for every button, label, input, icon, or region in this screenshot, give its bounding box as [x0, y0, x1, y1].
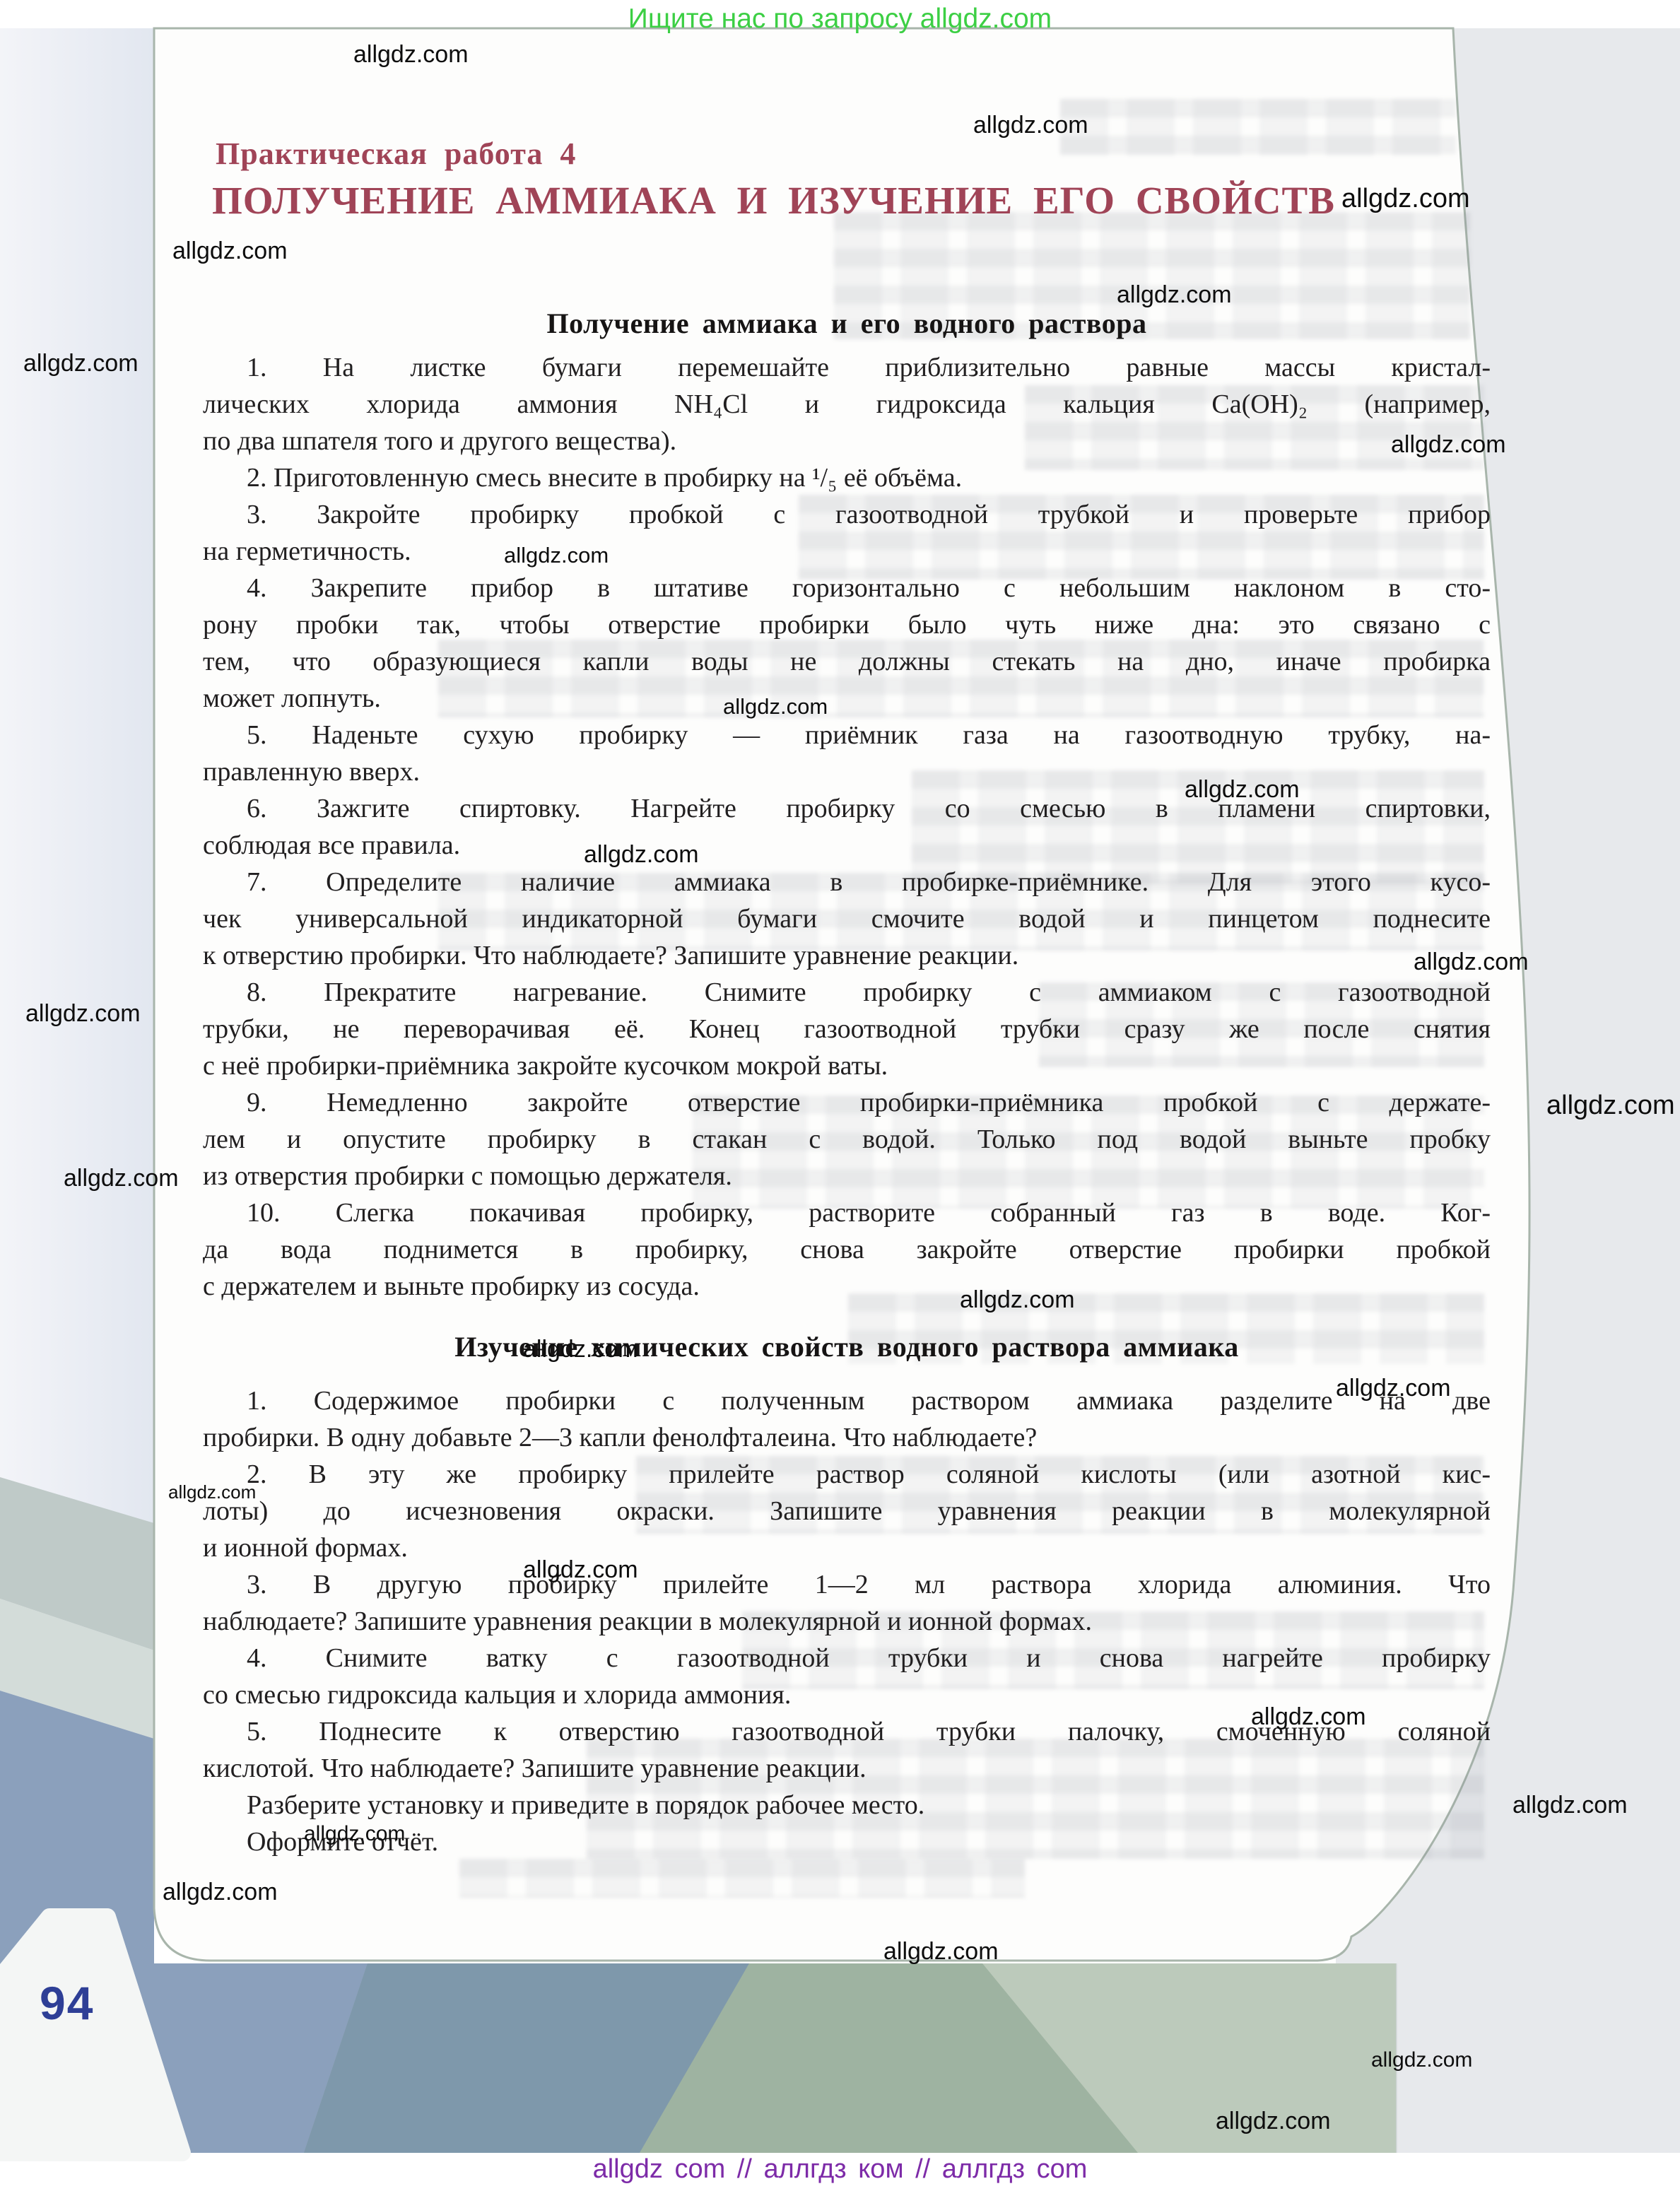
text-line: пробирки. В одну добавьте 2—3 капли фено…	[203, 1419, 1491, 1456]
text-line: трубки, не переворачивая её. Конец газоо…	[203, 1011, 1491, 1047]
paragraph: 8. Прекратите нагревание. Снимите пробир…	[203, 974, 1491, 1084]
paragraph: 3. В другую пробирку прилейте 1—2 мл рас…	[203, 1566, 1491, 1640]
text-line: тем, что образующиеся капли воды не долж…	[203, 643, 1491, 680]
paragraph: 1. Содержимое пробирки с полученным раст…	[203, 1382, 1491, 1456]
text-line: правленную вверх.	[203, 753, 1491, 790]
text-line: из отверстия пробирки с помощью держател…	[203, 1158, 1491, 1194]
paragraph: 10. Слегка покачивая пробирку, растворит…	[203, 1194, 1491, 1305]
paragraph: 5. Поднесите к отверстию газоотводной тр…	[203, 1713, 1491, 1787]
text-line: с держателем и выньте пробирку из сосуда…	[203, 1268, 1491, 1305]
text-line: 10. Слегка покачивая пробирку, растворит…	[203, 1194, 1491, 1231]
text-line: 4. Закрепите прибор в штативе горизонтал…	[203, 570, 1491, 606]
text-line: со смесью гидроксида кальция и хлорида а…	[203, 1676, 1491, 1713]
page-title: ПОЛУЧЕНИЕ АММИАКА И ИЗУЧЕНИЕ ЕГО СВОЙСТВ	[212, 178, 1335, 223]
text-line: на герметичность.	[203, 533, 1491, 570]
text-line: да вода поднимется в пробирку, снова зак…	[203, 1231, 1491, 1268]
paragraph: 4. Снимите ватку с газоотводной трубки и…	[203, 1640, 1491, 1713]
text-line: Оформите отчёт.	[203, 1823, 1491, 1860]
text-line: с неё пробирки-приёмника закройте кусочк…	[203, 1047, 1491, 1084]
paragraph: 5. Наденьте сухую пробирку — приёмник га…	[203, 717, 1491, 790]
text-line: 8. Прекратите нагревание. Снимите пробир…	[203, 974, 1491, 1011]
paragraph: 2. В эту же пробирку прилейте раствор со…	[203, 1456, 1491, 1566]
section-heading: Получение аммиака и его водного раствора	[203, 305, 1491, 342]
text-line: 4. Снимите ватку с газоотводной трубки и…	[203, 1640, 1491, 1676]
text-line: 5. Поднесите к отверстию газоотводной тр…	[203, 1713, 1491, 1750]
text-line: Разберите установку и приведите в порядо…	[203, 1787, 1491, 1823]
paragraph: Оформите отчёт.	[203, 1823, 1491, 1860]
section-2: Изучение химических свойств водного раст…	[203, 1329, 1491, 1860]
body-text: Получение аммиака и его водного раствора…	[203, 305, 1491, 1860]
site-search-notice: Ищите нас по запросу allgdz.com	[0, 4, 1680, 35]
section-1: Получение аммиака и его водного раствора…	[203, 305, 1491, 1305]
paragraph: 7. Определите наличие аммиака в пробирке…	[203, 864, 1491, 974]
text-line: кислотой. Что наблюдаете? Запишите уравн…	[203, 1750, 1491, 1787]
text-line: 1. Содержимое пробирки с полученным раст…	[203, 1382, 1491, 1419]
text-line: наблюдаете? Запишите уравнения реакции в…	[203, 1603, 1491, 1640]
text-line: по два шпателя того и другого вещества).	[203, 423, 1491, 459]
text-line: 1. На листке бумаги перемешайте приблизи…	[203, 349, 1491, 386]
paragraph: 9. Немедленно закройте отверстие пробирк…	[203, 1084, 1491, 1194]
scanned-textbook-page: Практическая работа 4 ПОЛУЧЕНИЕ АММИАКА …	[0, 0, 1680, 2191]
paragraph: 1. На листке бумаги перемешайте приблизи…	[203, 349, 1491, 459]
text-line: рону пробки так, чтобы отверстие пробирк…	[203, 606, 1491, 643]
text-line: 3. Закройте пробирку пробкой с газоотвод…	[203, 496, 1491, 533]
text-line: 3. В другую пробирку прилейте 1—2 мл рас…	[203, 1566, 1491, 1603]
paragraph: 6. Зажгите спиртовку. Нагрейте пробирку …	[203, 790, 1491, 864]
section-heading: Изучение химических свойств водного раст…	[203, 1329, 1491, 1365]
text-line: 5. Наденьте сухую пробирку — приёмник га…	[203, 717, 1491, 753]
text-line: соблюдая все правила.	[203, 827, 1491, 864]
text-line: лем и опустите пробирку в стакан с водой…	[203, 1121, 1491, 1158]
paragraph: Разберите установку и приведите в порядо…	[203, 1787, 1491, 1823]
site-footer-line: allgdz com // аллгдз ком // аллгдз com	[0, 2154, 1680, 2185]
paragraph: 2. Приготовленную смесь внесите в пробир…	[203, 459, 1491, 496]
text-line: 2. В эту же пробирку прилейте раствор со…	[203, 1456, 1491, 1493]
paragraph: 3. Закройте пробирку пробкой с газоотвод…	[203, 496, 1491, 570]
paragraph: 4. Закрепите прибор в штативе горизонтал…	[203, 570, 1491, 717]
practical-work-kicker: Практическая работа 4	[216, 136, 576, 172]
text-line: лоты) до исчезновения окраски. Запишите …	[203, 1493, 1491, 1529]
text-line: 2. Приготовленную смесь внесите в пробир…	[203, 459, 1491, 496]
text-line: и ионной формах.	[203, 1529, 1491, 1566]
page-number: 94	[40, 1976, 94, 2030]
text-line: может лопнуть.	[203, 680, 1491, 717]
text-line: 7. Определите наличие аммиака в пробирке…	[203, 864, 1491, 900]
text-line: чек универсальной индикаторной бумаги см…	[203, 900, 1491, 937]
text-line: лических хлорида аммония NH₄Cl и гидрокс…	[203, 386, 1491, 423]
text-line: 6. Зажгите спиртовку. Нагрейте пробирку …	[203, 790, 1491, 827]
text-line: к отверстию пробирки. Что наблюдаете? За…	[203, 937, 1491, 974]
text-line: 9. Немедленно закройте отверстие пробирк…	[203, 1084, 1491, 1121]
